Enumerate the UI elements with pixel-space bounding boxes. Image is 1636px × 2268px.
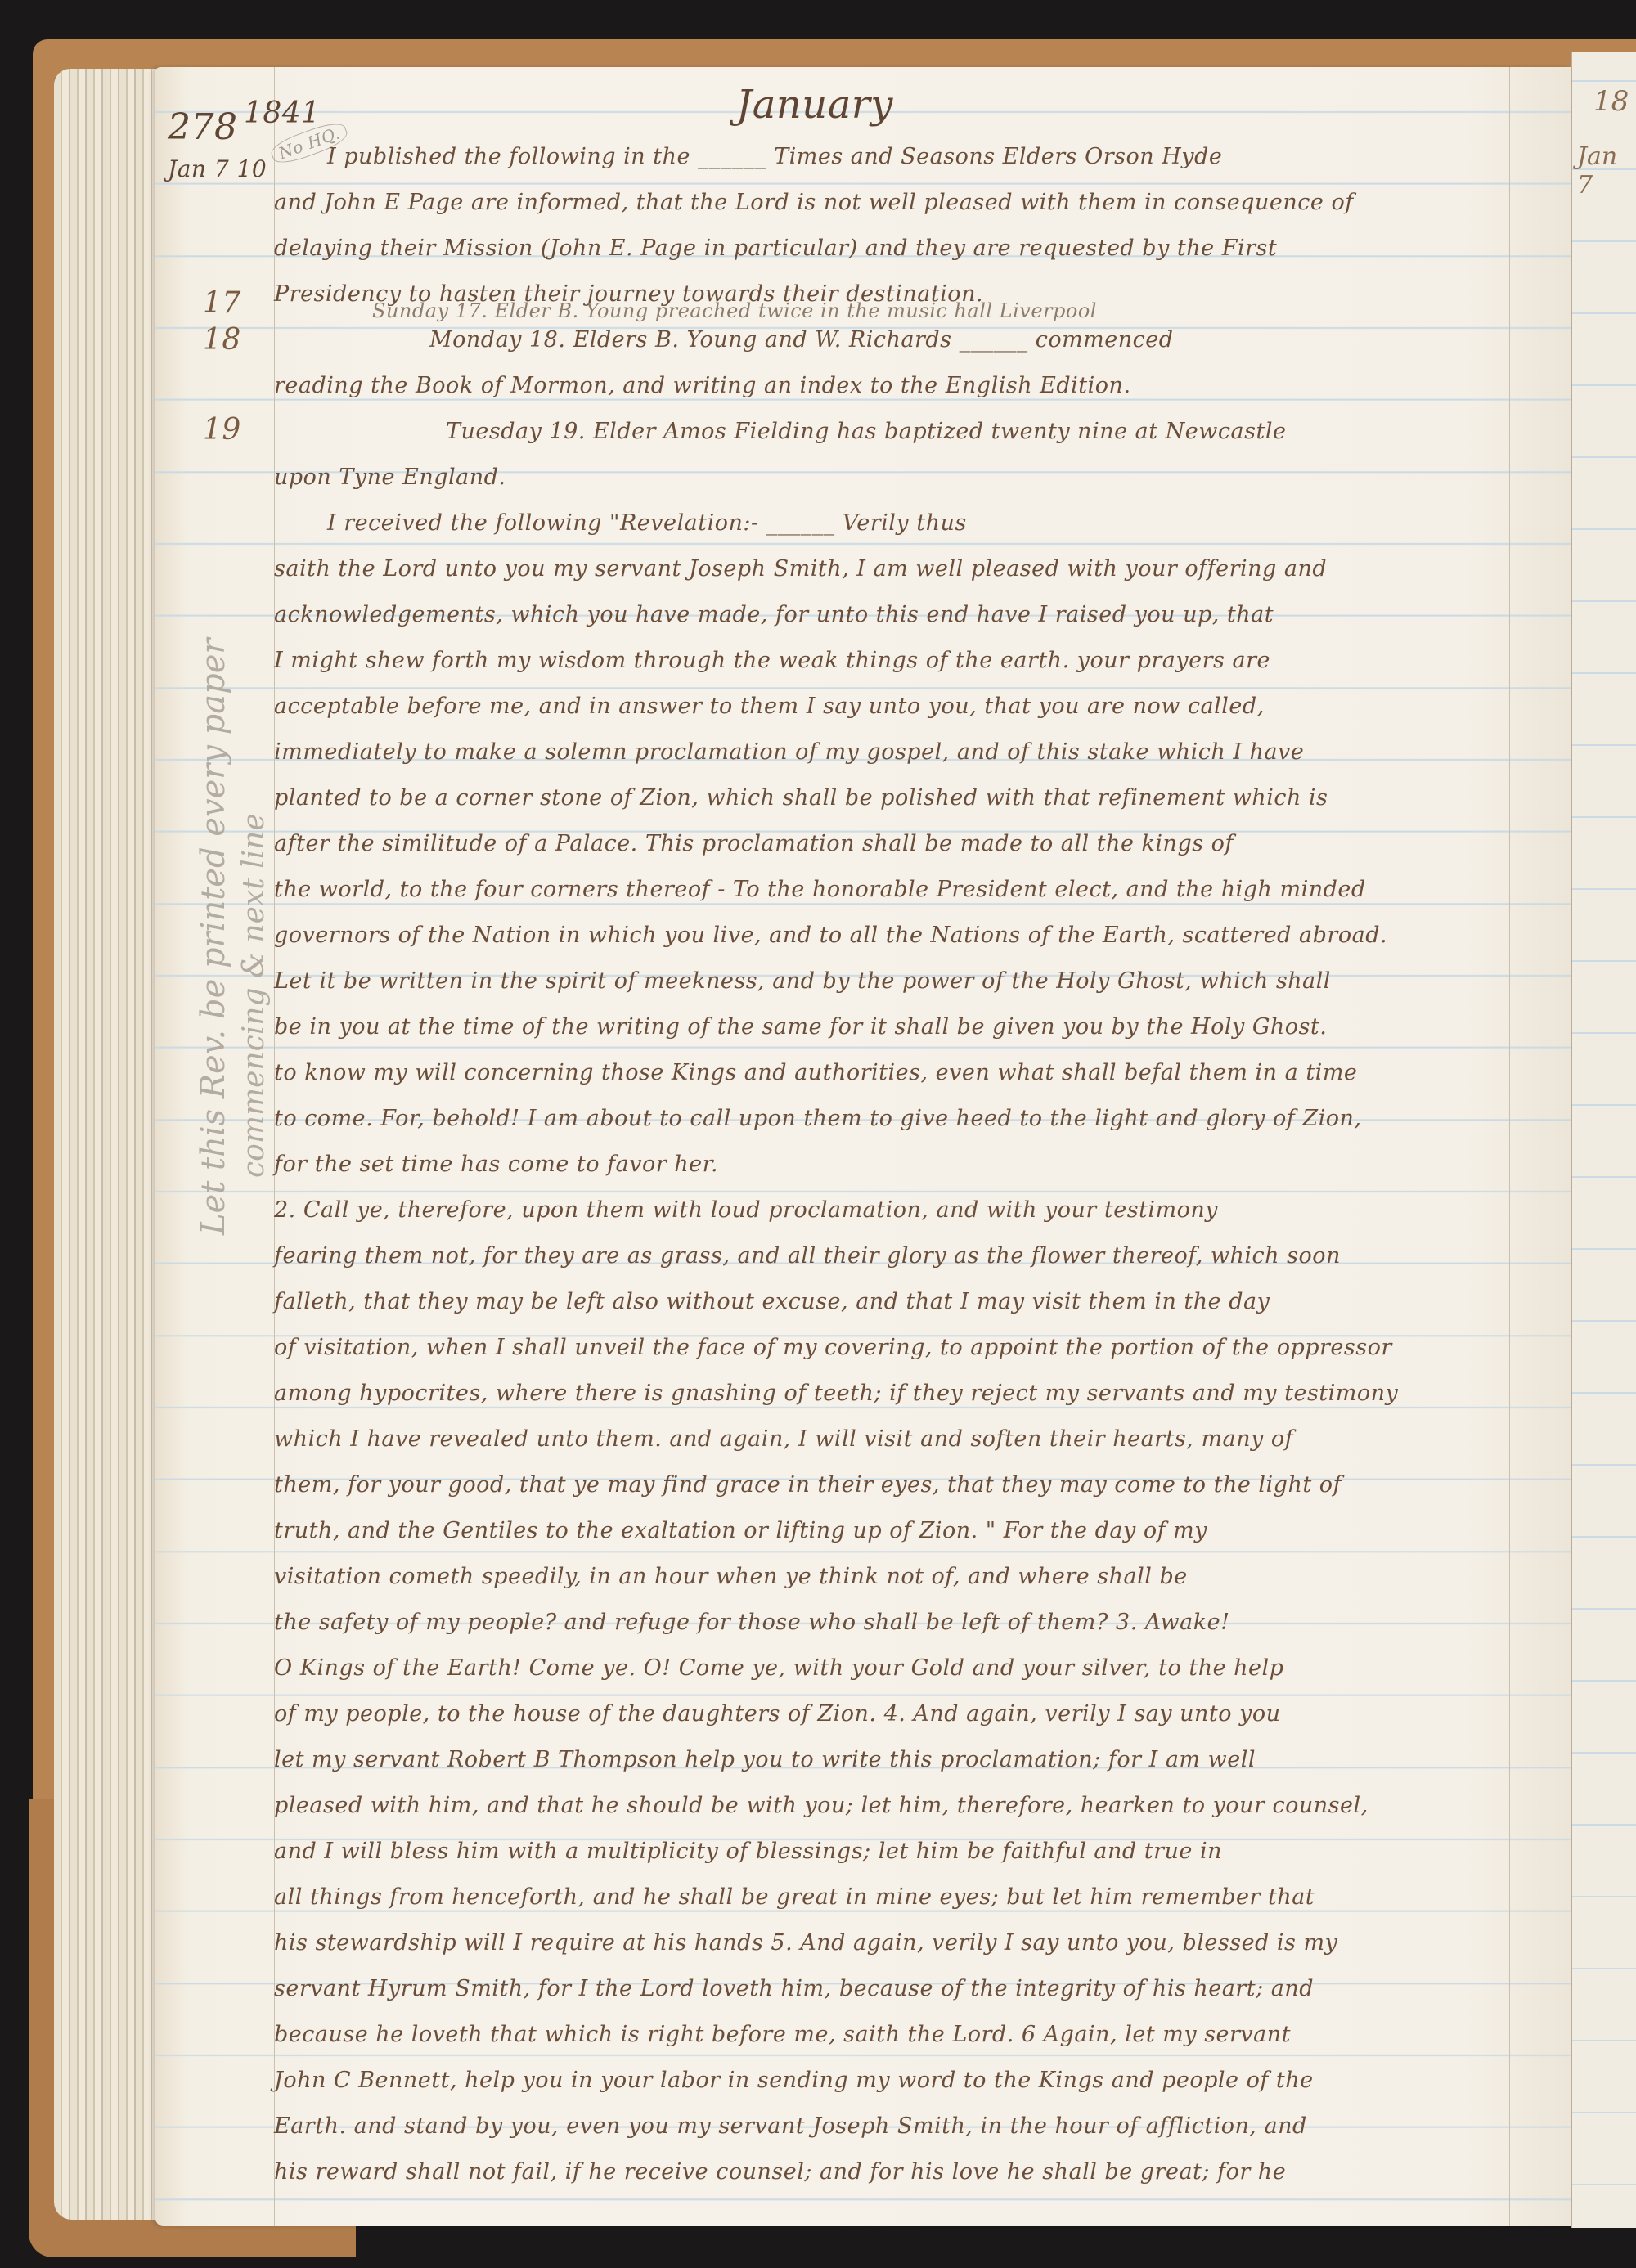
text-line-inserted: Sunday 17. Elder B. Young preached twice… (372, 299, 1607, 322)
right-margin-rule (1509, 67, 1510, 2226)
date-margin-header: Jan 7 10 (168, 155, 267, 182)
text-line: Let it be written in the spirit of meekn… (274, 968, 1509, 994)
text-line: among hypocrites, where there is gnashin… (274, 1381, 1509, 1406)
margin-date-17: 17 (203, 286, 241, 320)
text-line: visitation cometh speedily, in an hour w… (274, 1564, 1509, 1589)
text-line: be in you at the time of the writing of … (274, 1014, 1509, 1040)
text-line: the world, to the four corners thereof -… (274, 877, 1509, 902)
pencil-note-line1: Let this Rev. be printed every paper (195, 638, 232, 1235)
text-line: delaying their Mission (John E. Page in … (274, 236, 1509, 261)
facing-page-edge: 18 Jan 7 (1571, 52, 1636, 2228)
text-line: pleased with him, and that he should be … (274, 1793, 1509, 1818)
text-line: governors of the Nation in which you liv… (274, 923, 1509, 948)
text-line: immediately to make a solemn proclamatio… (274, 739, 1509, 765)
text-line: reading the Book of Mormon, and writing … (274, 373, 1509, 398)
page-edges (54, 69, 160, 2220)
facing-date-fragment: Jan 7 (1577, 142, 1636, 200)
facing-year-fragment: 18 (1593, 85, 1629, 118)
text-line: his reward shall not fail, if he receive… (274, 2159, 1509, 2185)
text-line: them, for your good, that ye may find gr… (274, 1472, 1509, 1498)
text-line: which I have revealed unto them. and aga… (274, 1426, 1509, 1452)
text-line: fearing them not, for they are as grass,… (274, 1243, 1509, 1269)
month-heading: January (736, 82, 893, 128)
text-line: Monday 18. Elders B. Young and W. Richar… (429, 327, 1636, 353)
text-line: after the similitude of a Palace. This p… (274, 831, 1509, 856)
text-line: planted to be a corner stone of Zion, wh… (274, 785, 1509, 811)
text-line: John C Bennett, help you in your labor i… (274, 2068, 1509, 2093)
text-line: 2. Call ye, therefore, upon them with lo… (274, 1197, 1509, 1223)
text-line: the safety of my people? and refuge for … (274, 1610, 1509, 1635)
text-line: to know my will concerning those Kings a… (274, 1060, 1509, 1085)
margin-date-18: 18 (203, 323, 241, 357)
text-line: to come. For, behold! I am about to call… (274, 1106, 1509, 1131)
text-line: Tuesday 19. Elder Amos Fielding has bapt… (446, 419, 1636, 444)
text-line: because he loveth that which is right be… (274, 2022, 1509, 2047)
text-line: for the set time has come to favor her. (274, 1152, 1509, 1177)
text-line: Earth. and stand by you, even you my ser… (274, 2113, 1509, 2139)
text-line: truth, and the Gentiles to the exaltatio… (274, 1518, 1509, 1543)
text-line: falleth, that they may be left also with… (274, 1289, 1509, 1314)
text-line: upon Tyne England. (274, 465, 1509, 490)
year-heading: 1841 (244, 97, 321, 130)
text-line: acknowledgements, which you have made, f… (274, 602, 1509, 627)
text-line: and I will bless him with a multiplicity… (274, 1839, 1509, 1864)
text-line: of my people, to the house of the daught… (274, 1701, 1509, 1727)
text-line: I published the following in the ______ … (327, 144, 1562, 169)
page-number: 278 (168, 106, 237, 148)
text-line: acceptable before me, and in answer to t… (274, 694, 1509, 719)
text-line: I might shew forth my wisdom through the… (274, 648, 1509, 673)
pencil-note-line2: commencing & next line (237, 813, 271, 1178)
text-line: saith the Lord unto you my servant Josep… (274, 556, 1509, 582)
text-line: all things from henceforth, and he shall… (274, 1884, 1509, 1910)
text-line: of visitation, when I shall unveil the f… (274, 1335, 1509, 1360)
text-line: let my servant Robert B Thompson help yo… (274, 1747, 1509, 1772)
text-line: servant Hyrum Smith, for I the Lord love… (274, 1976, 1509, 2001)
margin-date-19: 19 (203, 413, 241, 447)
text-line: and John E Page are informed, that the L… (274, 190, 1509, 215)
text-line: his stewardship will I require at his ha… (274, 1930, 1509, 1956)
text-line: I received the following "Revelation:- _… (327, 510, 1562, 536)
text-line: O Kings of the Earth! Come ye. O! Come y… (274, 1655, 1509, 1681)
facing-page-rules (1572, 52, 1636, 2228)
